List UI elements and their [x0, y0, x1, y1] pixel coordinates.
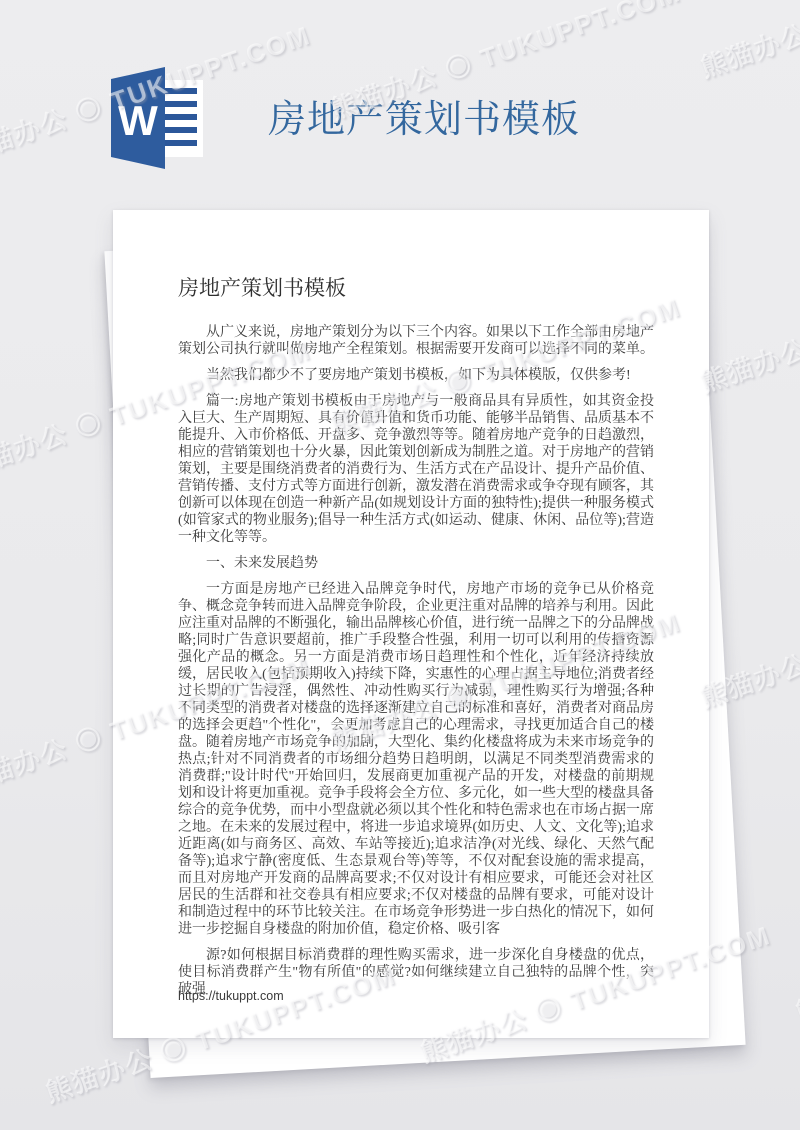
page-background: W 房地产策划书模板 房地产策划书模板 从广义来说，房地产策划分为以下三个内容。… [0, 0, 800, 1130]
document-paragraph: 当然我们都少不了要房地产策划书模板，如下为具体模版，仅供参考! [178, 367, 654, 384]
document-title: 房地产策划书模板 [178, 272, 654, 302]
document-body: 从广义来说，房地产策划分为以下三个内容。如果以下工作全部由房地产策划公司执行就叫… [178, 324, 654, 998]
document-paragraph: 篇一:房地产策划书模板由于房地产与一般商品具有异质性，如其资金投入巨大、生产周期… [178, 393, 654, 546]
document-footer-url: https://tukuppt.com [178, 989, 284, 1003]
document-paragraph: 一方面是房地产已经进入品牌竞争时代，房地产市场的竞争已从价格竞争、概念竞争转而进… [178, 581, 654, 938]
word-icon: W [100, 62, 210, 172]
document-page: 房地产策划书模板 从广义来说，房地产策划分为以下三个内容。如果以下工作全部由房地… [113, 210, 709, 1038]
document-paragraph: 一、未来发展趋势 [178, 555, 654, 572]
document-paragraph: 从广义来说，房地产策划分为以下三个内容。如果以下工作全部由房地产策划公司执行就叫… [178, 324, 654, 358]
site-watermark: 熊猫办公 ◉ TUKUPPT.COM [790, 875, 800, 1030]
svg-text:W: W [118, 97, 158, 144]
site-watermark: 熊猫办公 ◉ TUKUPPT.COM [695, 245, 800, 400]
page-title: 房地产策划书模板 [268, 88, 580, 143]
site-header: W 房地产策划书模板 [0, 0, 800, 200]
